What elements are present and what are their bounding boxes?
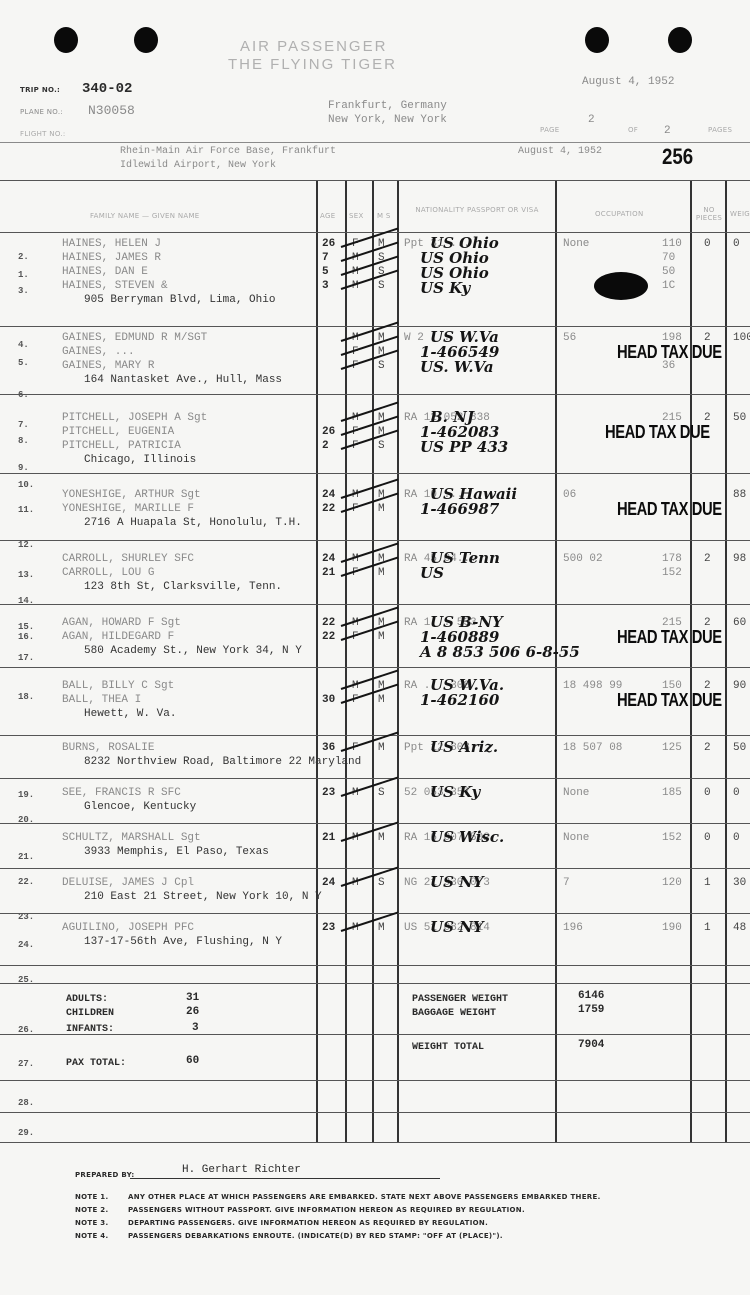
check-mark [341,777,399,797]
date-value: August 4, 1952 [582,76,674,88]
punch-hole [134,27,158,53]
row-divider [0,232,750,233]
occupation: 18 498 99 [563,680,622,692]
pax-total-value: 60 [186,1055,199,1067]
passenger-weight: 1C [662,280,675,292]
row-divider [0,965,750,966]
passenger-weight: 185 [662,787,682,799]
passenger-age: 36 [322,742,335,754]
baggage-weight: 60 [733,617,746,629]
plane-number: N30058 [88,103,135,118]
passenger-marital: S [378,280,385,292]
passenger-name: AGUILINO, JOSEPH PFC [62,922,194,934]
prepared-by-value: H. Gerhart Richter [182,1164,301,1176]
row-number: 26. [18,1025,34,1035]
note-text: PASSENGERS WITHOUT PASSPORT. GIVE INFORM… [128,1206,525,1214]
col-name-header: FAMILY NAME — GIVEN NAME [90,212,200,220]
row-divider [0,1080,750,1081]
baggage-pieces: 2 [704,553,711,565]
pax-total-label: PAX TOTAL: [66,1058,126,1069]
row-number: 15. [18,622,34,632]
row-number: 8. [18,436,29,446]
passenger-age: 24 [322,489,335,501]
passenger-age: 24 [322,553,335,565]
baggage-weight: 30 [733,877,746,889]
punch-hole [54,27,78,53]
pages-value: 2 [664,125,671,137]
redaction-mark [594,272,648,300]
passenger-name: BURNS, ROSALIE [62,742,154,754]
baggage-weight: 50 [733,742,746,754]
row-divider [0,1034,750,1035]
children-label: CHILDREN [66,1008,114,1019]
of-label: OF [628,126,638,134]
passenger-address: 8232 Northview Road, Baltimore 22 Maryla… [84,756,361,768]
row-number: 17. [18,653,34,663]
occupation: 56 [563,332,576,344]
row-number: 9. [18,463,29,473]
weight-total-value: 7904 [578,1039,604,1051]
adults-label: ADULTS: [66,994,108,1005]
passenger-weight: 152 [662,832,682,844]
passenger-name: AGAN, HILDEGARD F [62,631,174,643]
row-number: 4. [18,340,29,350]
passenger-weight: 50 [662,266,675,278]
column-divider [690,180,692,1142]
passenger-weight: 120 [662,877,682,889]
row-number: 28. [18,1098,34,1108]
stamp-number: 256 [662,144,693,170]
weight-total-label: WEIGHT TOTAL [412,1042,484,1053]
handwritten-annotation: US. W.Va [420,358,494,376]
passenger-name: GAINES, EDMUND R M/SGT [62,332,207,344]
row-divider [0,604,750,605]
row-divider [0,735,750,736]
col-age-header: AGE [320,212,335,220]
prepared-by-label: PREPARED BY: [75,1171,134,1179]
baggage-weight: 0 [733,787,740,799]
passenger-address: 137-17-56th Ave, Flushing, N Y [84,936,282,948]
passenger-address: Chicago, Illinois [84,454,196,466]
passenger-age: 22 [322,631,335,643]
handwritten-annotation: US Ariz. [430,738,498,756]
occupation: 500 02 [563,553,603,565]
note-text: PASSENGERS DEBARKATIONS ENROUTE. (INDICA… [128,1232,503,1240]
row-divider [0,326,750,327]
note-text: ANY OTHER PLACE AT WHICH PASSENGERS ARE … [128,1193,601,1201]
row-number: 29. [18,1128,34,1138]
passenger-weight: 190 [662,922,682,934]
handwritten-annotation: US PP 433 [420,438,508,456]
handwritten-annotation: 1-462160 [420,691,499,709]
check-mark [341,912,399,932]
adults-value: 31 [186,992,199,1004]
check-mark [341,822,399,842]
row-divider [0,1142,750,1143]
passenger-address: Glencoe, Kentucky [84,801,196,813]
passenger-name: YONESHIGE, MARILLE F [62,503,194,515]
row-number: 16. [18,632,34,642]
baggage-weight: 90 [733,680,746,692]
occupation: 06 [563,489,576,501]
passenger-name: DELUISE, JAMES J Cpl [62,877,194,889]
from-value: Frankfurt, Germany [328,100,447,112]
col-ms-header: M S [377,212,391,220]
row-number: 10. [18,480,34,490]
passenger-name: HAINES, DAN E [62,266,148,278]
baggage-pieces: 2 [704,742,711,754]
row-number: 19. [18,790,34,800]
head-tax-due-stamp: HEAD TAX DUE [617,690,722,711]
row-number: 6. [18,390,29,400]
row-number: 25. [18,975,34,985]
handwritten-annotation: US NY [430,918,484,936]
passenger-marital: M [378,694,385,706]
passenger-age: 22 [322,617,335,629]
head-tax-due-stamp: HEAD TAX DUE [605,422,710,443]
passenger-address: 164 Nantasket Ave., Hull, Mass [84,374,282,386]
pages-label: PAGES [708,126,732,134]
row-number: 2. [18,252,29,262]
occupation: None [563,238,589,250]
passenger-age: 21 [322,832,335,844]
passenger-age: 3 [322,280,329,292]
passenger-weight: 125 [662,742,682,754]
baggage-pieces: 0 [704,787,711,799]
column-divider [555,180,557,1142]
passenger-name: BALL, BILLY C Sgt [62,680,174,692]
passenger-name: YONESHIGE, ARTHUR Sgt [62,489,201,501]
passenger-name: GAINES, MARY R [62,360,154,372]
page-label: PAGE [540,126,560,134]
handwritten-annotation: US NY [430,873,484,891]
column-divider [372,180,374,1142]
passenger-address: 3933 Memphis, El Paso, Texas [84,846,269,858]
row-number: 3. [18,286,29,296]
passenger-address: 580 Academy St., New York 34, N Y [84,645,302,657]
passenger-marital: S [378,787,385,799]
row-divider [0,473,750,474]
column-divider [345,180,347,1142]
baggage-pieces: 0 [704,238,711,250]
children-value: 26 [186,1006,199,1018]
passenger-age: 30 [322,694,335,706]
col-pieces-header: NO PIECES [695,206,723,222]
note-label: NOTE 3. [75,1219,108,1227]
trip-label: TRIP NO.: [20,86,60,94]
punch-hole [668,27,692,53]
passenger-age: 2 [322,440,329,452]
passenger-weight: 152 [662,567,682,579]
embarked-value: Rhein-Main Air Force Base, Frankfurt [120,146,336,157]
passenger-marital: M [378,567,385,579]
passenger-marital: M [378,742,385,754]
baggage-weight-value: 1759 [578,1004,604,1016]
row-number: 14. [18,596,34,606]
baggage-pieces: 1 [704,877,711,889]
punch-hole [585,27,609,53]
passenger-address: 905 Berryman Blvd, Lima, Ohio [84,294,275,306]
passenger-name: SEE, FRANCIS R SFC [62,787,181,799]
passenger-age: 23 [322,787,335,799]
baggage-weight: 48 [733,922,746,934]
passenger-age: 23 [322,922,335,934]
col-weight-header: WEIGHT [730,210,750,218]
passenger-marital: S [378,360,385,372]
passenger-name: PITCHELL, JOSEPH A Sgt [62,412,207,424]
handwritten-annotation: US [420,564,444,582]
row-number: 23. [18,912,34,922]
row-number: 5. [18,358,29,368]
handwritten-annotation: A 8 853 506 6-8-55 [420,643,580,661]
infants-value: 3 [192,1022,199,1034]
passenger-age: 24 [322,877,335,889]
column-divider [316,180,318,1142]
passenger-address: 210 East 21 Street, New York 10, N Y [84,891,322,903]
row-number: 11. [18,505,34,515]
row-number: 7. [18,420,29,430]
row-divider [0,983,750,984]
col-occupation-header: OCCUPATION [595,210,644,218]
row-number: 18. [18,692,34,702]
passenger-name: CARROLL, LOU G [62,567,154,579]
passenger-name: PITCHELL, PATRICIA [62,440,181,452]
passenger-address: 2716 A Huapala St, Honolulu, T.H. [84,517,302,529]
trip-number: 340-02 [82,81,132,97]
baggage-weight: 0 [733,832,740,844]
column-divider [725,180,727,1142]
flight-label: FLIGHT NO.: [20,130,66,138]
row-divider [0,778,750,779]
row-number: 22. [18,877,34,887]
baggage-weight: 0 [733,238,740,250]
occupation: None [563,787,589,799]
check-mark [341,867,399,887]
baggage-weight: 50 [733,412,746,424]
row-number: 13. [18,570,34,580]
row-number: 20. [18,815,34,825]
passenger-marital: S [378,440,385,452]
note-label: NOTE 1. [75,1193,108,1201]
row-number: 24. [18,940,34,950]
col-passport-header: NATIONALITY PASSPORT OR VISA [412,206,542,214]
head-tax-due-stamp: HEAD TAX DUE [617,342,722,363]
passenger-marital: S [378,877,385,889]
row-number: 27. [18,1059,34,1069]
row-number: 12. [18,540,34,550]
row-number: 1. [18,270,29,280]
row-divider [0,868,750,869]
passenger-weight-label: PASSENGER WEIGHT [412,994,508,1005]
handwritten-annotation: US Ky [430,783,480,801]
passenger-name: GAINES, ... [62,346,135,358]
handwritten-annotation: US Wisc. [430,828,504,846]
form-title-line1: AIR PASSENGER [240,38,387,55]
baggage-pieces: 0 [704,832,711,844]
passenger-weight-value: 6146 [578,990,604,1002]
note-label: NOTE 4. [75,1232,108,1240]
passenger-name: BALL, THEA I [62,694,141,706]
baggage-weight: 100 [733,332,750,344]
passenger-address: 123 8th St, Clarksville, Tenn. [84,581,282,593]
passenger-marital: M [378,631,385,643]
passenger-age: 26 [322,238,335,250]
col-sex-header: SEX [349,212,364,220]
note-text: DEPARTING PASSENGERS. GIVE INFORMATION H… [128,1219,488,1227]
passenger-marital: M [378,832,385,844]
plane-label: PLANE NO.: [20,108,63,116]
column-divider [397,180,399,1142]
row-divider [0,180,750,181]
passenger-weight: 70 [662,252,675,264]
occupation: 196 [563,922,583,934]
passenger-name: HAINES, STEVEN & [62,280,168,292]
form-title-line2: THE FLYING TIGER [228,56,397,73]
passenger-marital: M [378,922,385,934]
baggage-pieces: 1 [704,922,711,934]
passenger-age: 26 [322,426,335,438]
passenger-name: CARROLL, SHURLEY SFC [62,553,194,565]
passenger-weight: 178 [662,553,682,565]
passenger-age: 21 [322,567,335,579]
page-value: 2 [588,114,595,126]
passenger-age: 7 [322,252,329,264]
baggage-weight-label: BAGGAGE WEIGHT [412,1008,496,1019]
passenger-name: AGAN, HOWARD F Sgt [62,617,181,629]
handwritten-annotation: US Ky [420,279,470,297]
occupation: 7 [563,877,570,889]
row-divider [0,540,750,541]
passenger-name: HAINES, HELEN J [62,238,161,250]
baggage-weight: 98 [733,553,746,565]
row-divider [0,823,750,824]
row-number: 21. [18,852,34,862]
prepared-by-line [130,1178,440,1179]
occupation: None [563,832,589,844]
to-value: New York, New York [328,114,447,126]
head-tax-due-stamp: HEAD TAX DUE [617,499,722,520]
row-divider [0,667,750,668]
baggage-weight: 88 [733,489,746,501]
passenger-address: Hewett, W. Va. [84,708,176,720]
passenger-age: 5 [322,266,329,278]
passenger-marital: M [378,503,385,515]
row-divider [0,394,750,395]
passenger-name: PITCHELL, EUGENIA [62,426,174,438]
row-divider [0,1112,750,1113]
embarked-date: August 4, 1952 [518,146,602,157]
note-label: NOTE 2. [75,1206,108,1214]
passenger-name: HAINES, JAMES R [62,252,161,264]
head-tax-due-stamp: HEAD TAX DUE [617,627,722,648]
passenger-weight: 110 [662,238,682,250]
destination-value: Idlewild Airport, New York [120,160,276,171]
passenger-name: SCHULTZ, MARSHALL Sgt [62,832,201,844]
occupation: 18 507 08 [563,742,622,754]
handwritten-annotation: 1-466987 [420,500,499,518]
passenger-age: 22 [322,503,335,515]
row-divider [0,913,750,914]
